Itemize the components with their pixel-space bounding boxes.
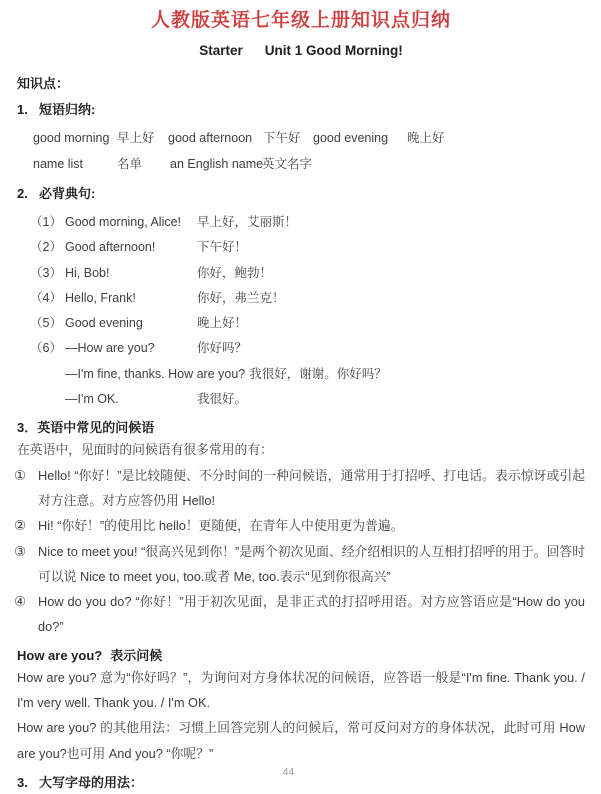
phrase-chinese: 名单: [117, 151, 170, 177]
circled-number-2: ②: [14, 513, 26, 538]
section-3-heading: 3．英语中常见的问候语: [17, 419, 585, 437]
sentence-english: Good morning, Alice!: [65, 210, 197, 235]
how-are-you-chinese: 表示问候: [110, 648, 162, 663]
sentence-number: （1）: [30, 210, 65, 235]
greeting-item: ② Hi! “你好！”的使用比 hello！更随便，在青年人中使用更为普遍。: [17, 513, 585, 538]
greeting-text: Hi! “你好！”的使用比 hello！更随便，在青年人中使用更为普遍。: [38, 518, 403, 533]
phrase-row: good morning 早上好 good afternoon 下午好 good…: [33, 125, 585, 151]
sentence-english: Hi, Bob!: [65, 261, 197, 286]
section-2-heading: 2.必背典句:: [17, 185, 585, 203]
greeting-item: ③ Nice to meet you! “很高兴见到你！”是两个初次见面、经介绍…: [17, 539, 585, 590]
sentence-chinese: 早上好，艾丽斯！: [197, 210, 297, 235]
sentence-list: （1） Good morning, Alice! 早上好，艾丽斯！ （2） Go…: [17, 210, 585, 412]
sentence-row: —I'm OK. 我很好。: [30, 387, 585, 412]
phrase-english: good morning: [33, 125, 117, 151]
sentence-chinese: 你好，鲍勃！: [197, 261, 272, 286]
greeting-item: ④ How do you do? “你好！”用于初次见面，是非正式的打招呼用语。…: [17, 589, 585, 640]
document-title: 人教版英语七年级上册知识点归纳: [17, 7, 585, 33]
how-are-you-paragraph-1: How are you? 意为“你好吗？”，为询问对方身体状况的问候语，应答语一…: [17, 665, 585, 716]
greeting-text: How do you do? “你好！”用于初次见面，是非正式的打招呼用语。对方…: [38, 594, 585, 634]
circled-number-3: ③: [14, 539, 26, 564]
how-are-you-heading: How are you?表示问候: [17, 647, 585, 665]
unit-subtitle: StarterUnit 1 Good Morning!: [17, 42, 585, 60]
section-2-number: 2.: [17, 185, 33, 203]
greeting-text: Nice to meet you! “很高兴见到你！”是两个初次见面、经介绍相识…: [38, 544, 585, 584]
section-2-title: 必背典句:: [39, 186, 95, 201]
sentence-chinese: 晚上好！: [197, 311, 247, 336]
document-page: 人教版英语七年级上册知识点归纳 StarterUnit 1 Good Morni…: [0, 0, 601, 794]
phrase-english: an English name: [170, 151, 262, 177]
section-3-number: 3．: [17, 420, 37, 435]
phrase-chinese: 晚上好: [407, 125, 445, 151]
sentence-chinese: 我很好，谢谢。你好吗？: [249, 362, 387, 387]
subtitle-starter: Starter: [199, 43, 243, 58]
phrase-chinese: 英文名字: [262, 151, 312, 177]
how-are-you-english: How are you?: [17, 648, 102, 663]
section-3-title: 英语中常见的问候语: [37, 420, 154, 435]
phrase-list: good morning 早上好 good afternoon 下午好 good…: [17, 125, 585, 177]
sentence-row: （3） Hi, Bob! 你好，鲍勃！: [30, 261, 585, 286]
sentence-number: （6）: [30, 336, 65, 361]
phrase-english: good evening: [313, 125, 407, 151]
sentence-chinese: 我很好。: [197, 387, 247, 412]
sentence-english: Good evening: [65, 311, 197, 336]
phrase-chinese: 早上好: [117, 125, 168, 151]
section-1-heading: 1.短语归纳:: [17, 101, 585, 119]
sentence-row: （6） —How are you? 你好吗？: [30, 336, 585, 361]
sentence-english: Good afternoon!: [65, 235, 197, 260]
sentence-number: （5）: [30, 311, 65, 336]
sentence-number: [30, 387, 65, 412]
greeting-item: ① Hello! “你好！”是比较随便、不分时间的一种问候语，通常用于打招呼、打…: [17, 463, 585, 514]
sentence-row: （4） Hello, Frank! 你好，弗兰克！: [30, 286, 585, 311]
section-1-number: 1.: [17, 101, 33, 119]
subtitle-unit: Unit 1 Good Morning!: [265, 43, 403, 58]
sentence-row: —I'm fine, thanks. How are you? 我很好，谢谢。你…: [30, 362, 585, 387]
sentence-row: （2） Good afternoon! 下午好！: [30, 235, 585, 260]
greeting-text: Hello! “你好！”是比较随便、不分时间的一种问候语，通常用于打招呼、打电话…: [38, 468, 585, 508]
sentence-english: Hello, Frank!: [65, 286, 197, 311]
how-are-you-paragraph-2: How are you? 的其他用法：习惯上回答完别人的问候后，常可反问对方的身…: [17, 715, 585, 766]
sentence-row: （5） Good evening 晚上好！: [30, 311, 585, 336]
knowledge-points-heading: 知识点：: [17, 75, 585, 93]
circled-number-4: ④: [14, 589, 26, 614]
greetings-intro: 在英语中，见面时的问候语有很多常用的有：: [17, 437, 585, 462]
phrase-row: name list 名单 an English name 英文名字: [33, 151, 585, 177]
sentence-number: （3）: [30, 261, 65, 286]
sentence-chinese: 你好吗？: [197, 336, 247, 361]
phrase-english: name list: [33, 151, 117, 177]
sentence-number: （2）: [30, 235, 65, 260]
phrase-chinese: 下午好: [263, 125, 313, 151]
sentence-english: —I'm OK.: [65, 387, 197, 412]
sentence-number: [30, 362, 65, 387]
sentence-chinese: 你好，弗兰克！: [197, 286, 285, 311]
sentence-number: （4）: [30, 286, 65, 311]
sentence-english: —I'm fine, thanks. How are you?: [65, 362, 249, 387]
sentence-english: —How are you?: [65, 336, 197, 361]
page-number: 44: [0, 766, 577, 778]
circled-number-1: ①: [14, 463, 26, 488]
phrase-english: good afternoon: [168, 125, 263, 151]
section-1-title: 短语归纳:: [39, 102, 95, 117]
sentence-chinese: 下午好！: [197, 235, 247, 260]
sentence-row: （1） Good morning, Alice! 早上好，艾丽斯！: [30, 210, 585, 235]
